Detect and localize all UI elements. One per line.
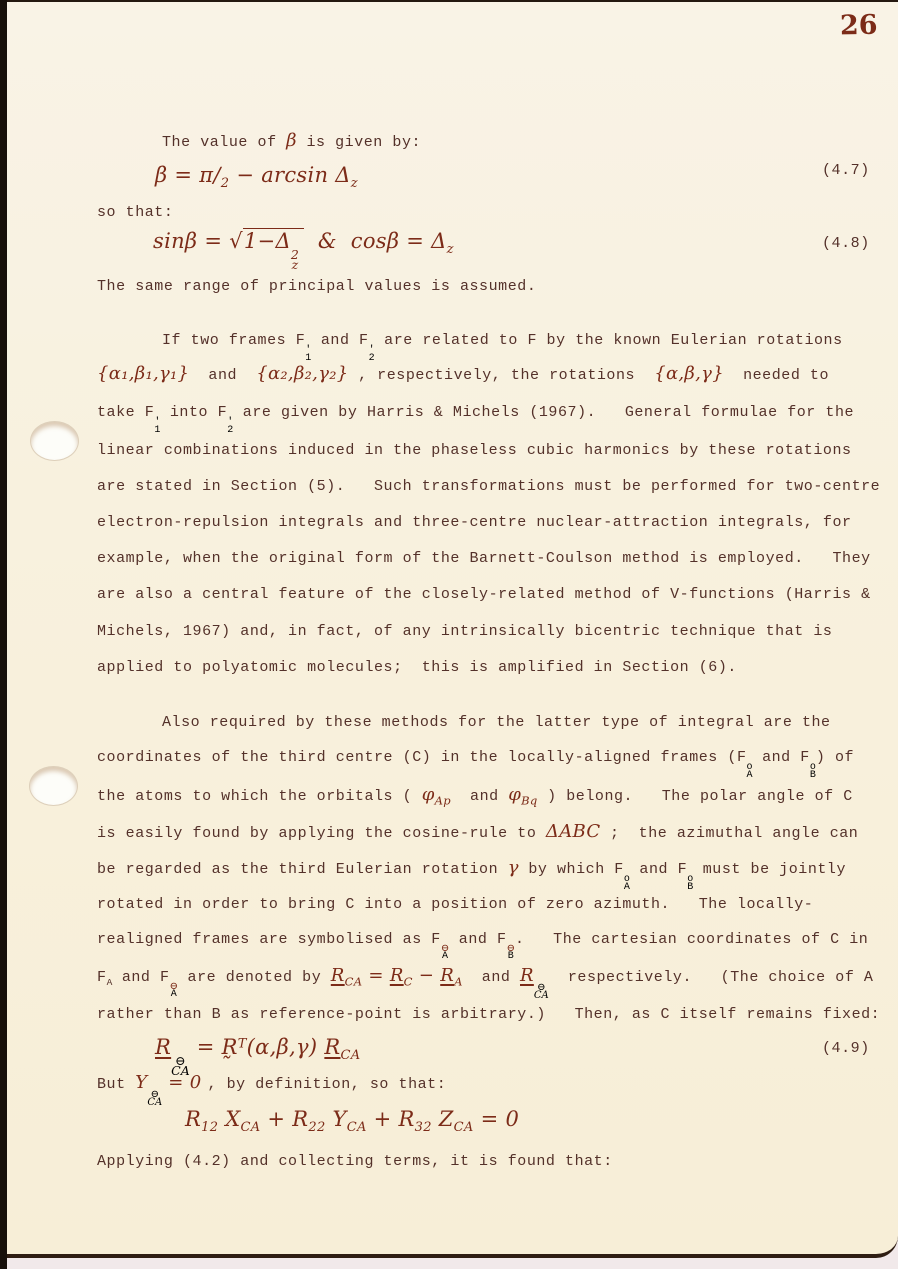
scanned-typescript-page: { "page": { "number": "26" }, "colors": … — [0, 0, 898, 1269]
equation-4-7: β = π∕2 − arcsin Δz — [155, 164, 358, 191]
body-line-11: are also a central feature of the closel… — [97, 585, 871, 604]
equation-4-8: sinβ = √1−Δ2z & cosβ = Δz — [153, 228, 454, 270]
equation-constraint: R12 XCA + R22 YCA + R32 ZCA = 0 — [185, 1108, 519, 1135]
body-line-4: If two frames F′1 and F′2 are related to… — [162, 331, 843, 363]
body-line-21: FA and F⊖A are denoted by RCA = RC − RA … — [97, 966, 873, 1000]
equation-4-9: R⊖CA = R̰T(α,β,γ) RCA — [155, 1036, 360, 1076]
body-line-10: example, when the original form of the B… — [97, 549, 871, 568]
body-line-3: The same range of principal values is as… — [97, 277, 536, 296]
scan-left-edge — [0, 0, 7, 1269]
page-number: 26 — [840, 10, 878, 42]
body-line-19: rotated in order to bring C into a posit… — [97, 895, 813, 914]
body-line-6: take F′1 into F′2 are given by Harris & … — [97, 403, 854, 435]
body-line-15: coordinates of the third centre (C) in t… — [97, 748, 854, 780]
equation-number: (4.9) — [822, 1041, 870, 1058]
body-line-16: the atoms to which the orbitals ( φAp an… — [97, 785, 853, 807]
body-line-18: be regarded as the third Eulerian rotati… — [97, 858, 846, 892]
body-line-13: applied to polyatomic molecules; this is… — [97, 658, 737, 677]
equation-number: (4.8) — [822, 236, 870, 253]
body-line-5: {α₁,β₁,γ₁} and {α₂,β₂,γ₂} , respectively… — [97, 364, 829, 385]
body-line-2: so that: — [97, 203, 173, 222]
body-line-12: Michels, 1967) and, in fact, of any intr… — [97, 622, 832, 641]
scan-top-edge — [7, 0, 898, 2]
punch-hole-bottom — [29, 766, 78, 806]
body-line-9: electron-repulsion integrals and three-c… — [97, 513, 852, 532]
body-line-14: Also required by these methods for the l… — [162, 713, 831, 732]
body-line-23: But Y⊖CA = 0 , by definition, so that: — [97, 1073, 446, 1107]
scan-background: 26 The value of β is given by:β = π∕2 − … — [0, 0, 898, 1269]
body-line-8: are stated in Section (5). Such transfor… — [97, 477, 880, 496]
body-line-1: The value of β is given by: — [162, 131, 421, 152]
body-line-20: realigned frames are symbolised as F⊖A a… — [97, 930, 868, 961]
body-line-24: Applying (4.2) and collecting terms, it … — [97, 1152, 613, 1171]
body-line-22: rather than B as reference-point is arbi… — [97, 1005, 880, 1024]
body-line-7: linear combinations induced in the phase… — [97, 441, 852, 460]
punch-hole-top — [30, 421, 79, 461]
equation-number: (4.7) — [822, 163, 870, 180]
body-line-17: is easily found by applying the cosine-r… — [97, 822, 858, 843]
